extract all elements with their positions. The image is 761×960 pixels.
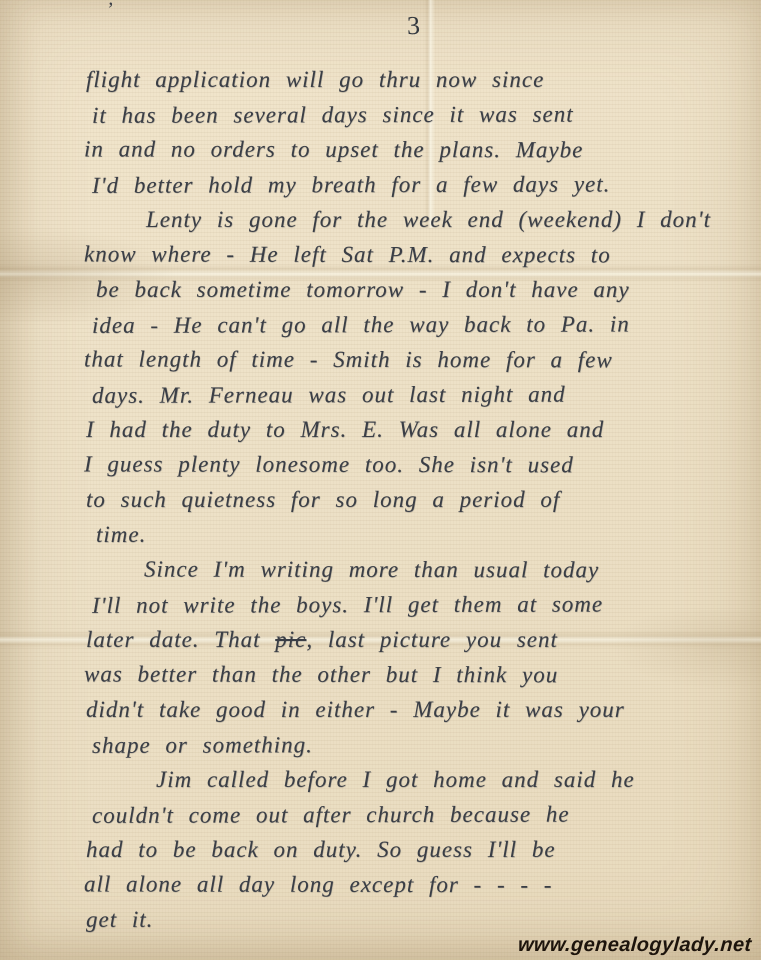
letter-line-segment: later date. That [86,627,275,652]
letter-line: in and no orders to upset the plans. May… [84,131,739,167]
letter-line-segment: , last picture you sent [306,627,558,652]
letter-line: it has been several days since it was se… [92,96,747,133]
letter-line: Since I'm writing more than usual today [84,551,739,587]
letter-line: I'll not write the boys. I'll get them a… [92,586,747,623]
letter-line: had to be back on duty. So guess I'll be [86,832,741,867]
letter-line: get it. [86,902,741,937]
page-number: 3 [407,13,421,39]
scanned-letter-page: ʼ 3 flight application will go thru now … [0,0,761,960]
letter-line: days. Mr. Ferneau was out last night and [92,376,747,413]
letter-line: flight application will go thru now sinc… [86,62,741,97]
stray-ink-mark: ʼ [106,0,113,20]
letter-line: Lenty is gone for the week end (weekend)… [86,202,741,237]
letter-line: I'd better hold my breath for a few days… [92,166,747,203]
letter-line: that length of time - Smith is home for … [84,341,739,377]
letter-line: all alone all day long except for - - - … [84,866,739,902]
letter-line: shape or something. [92,726,747,763]
letter-line: be back sometime tomorrow - I don't have… [96,272,751,307]
watermark-url: www.genealogylady.net [518,933,753,957]
letter-line: didn't take good in either - Maybe it wa… [86,692,741,727]
struck-word: pic [275,627,306,652]
letter-line-with-correction: later date. That pic, last picture you s… [86,622,741,657]
letter-line: time. [96,517,751,552]
letter-line: I had the duty to Mrs. E. Was all alone … [86,412,741,447]
letter-line: was better than the other but I think yo… [84,656,739,692]
letter-line: I guess plenty lonesome too. She isn't u… [84,446,739,482]
letter-line: idea - He can't go all the way back to P… [92,306,747,343]
letter-line: couldn't come out after church because h… [92,796,747,833]
letter-line: know where - He left Sat P.M. and expect… [84,236,739,272]
letter-line: Jim called before I got home and said he [96,762,751,797]
letter-body: flight application will go thru now sinc… [86,62,741,937]
letter-line: to such quietness for so long a period o… [86,482,741,517]
